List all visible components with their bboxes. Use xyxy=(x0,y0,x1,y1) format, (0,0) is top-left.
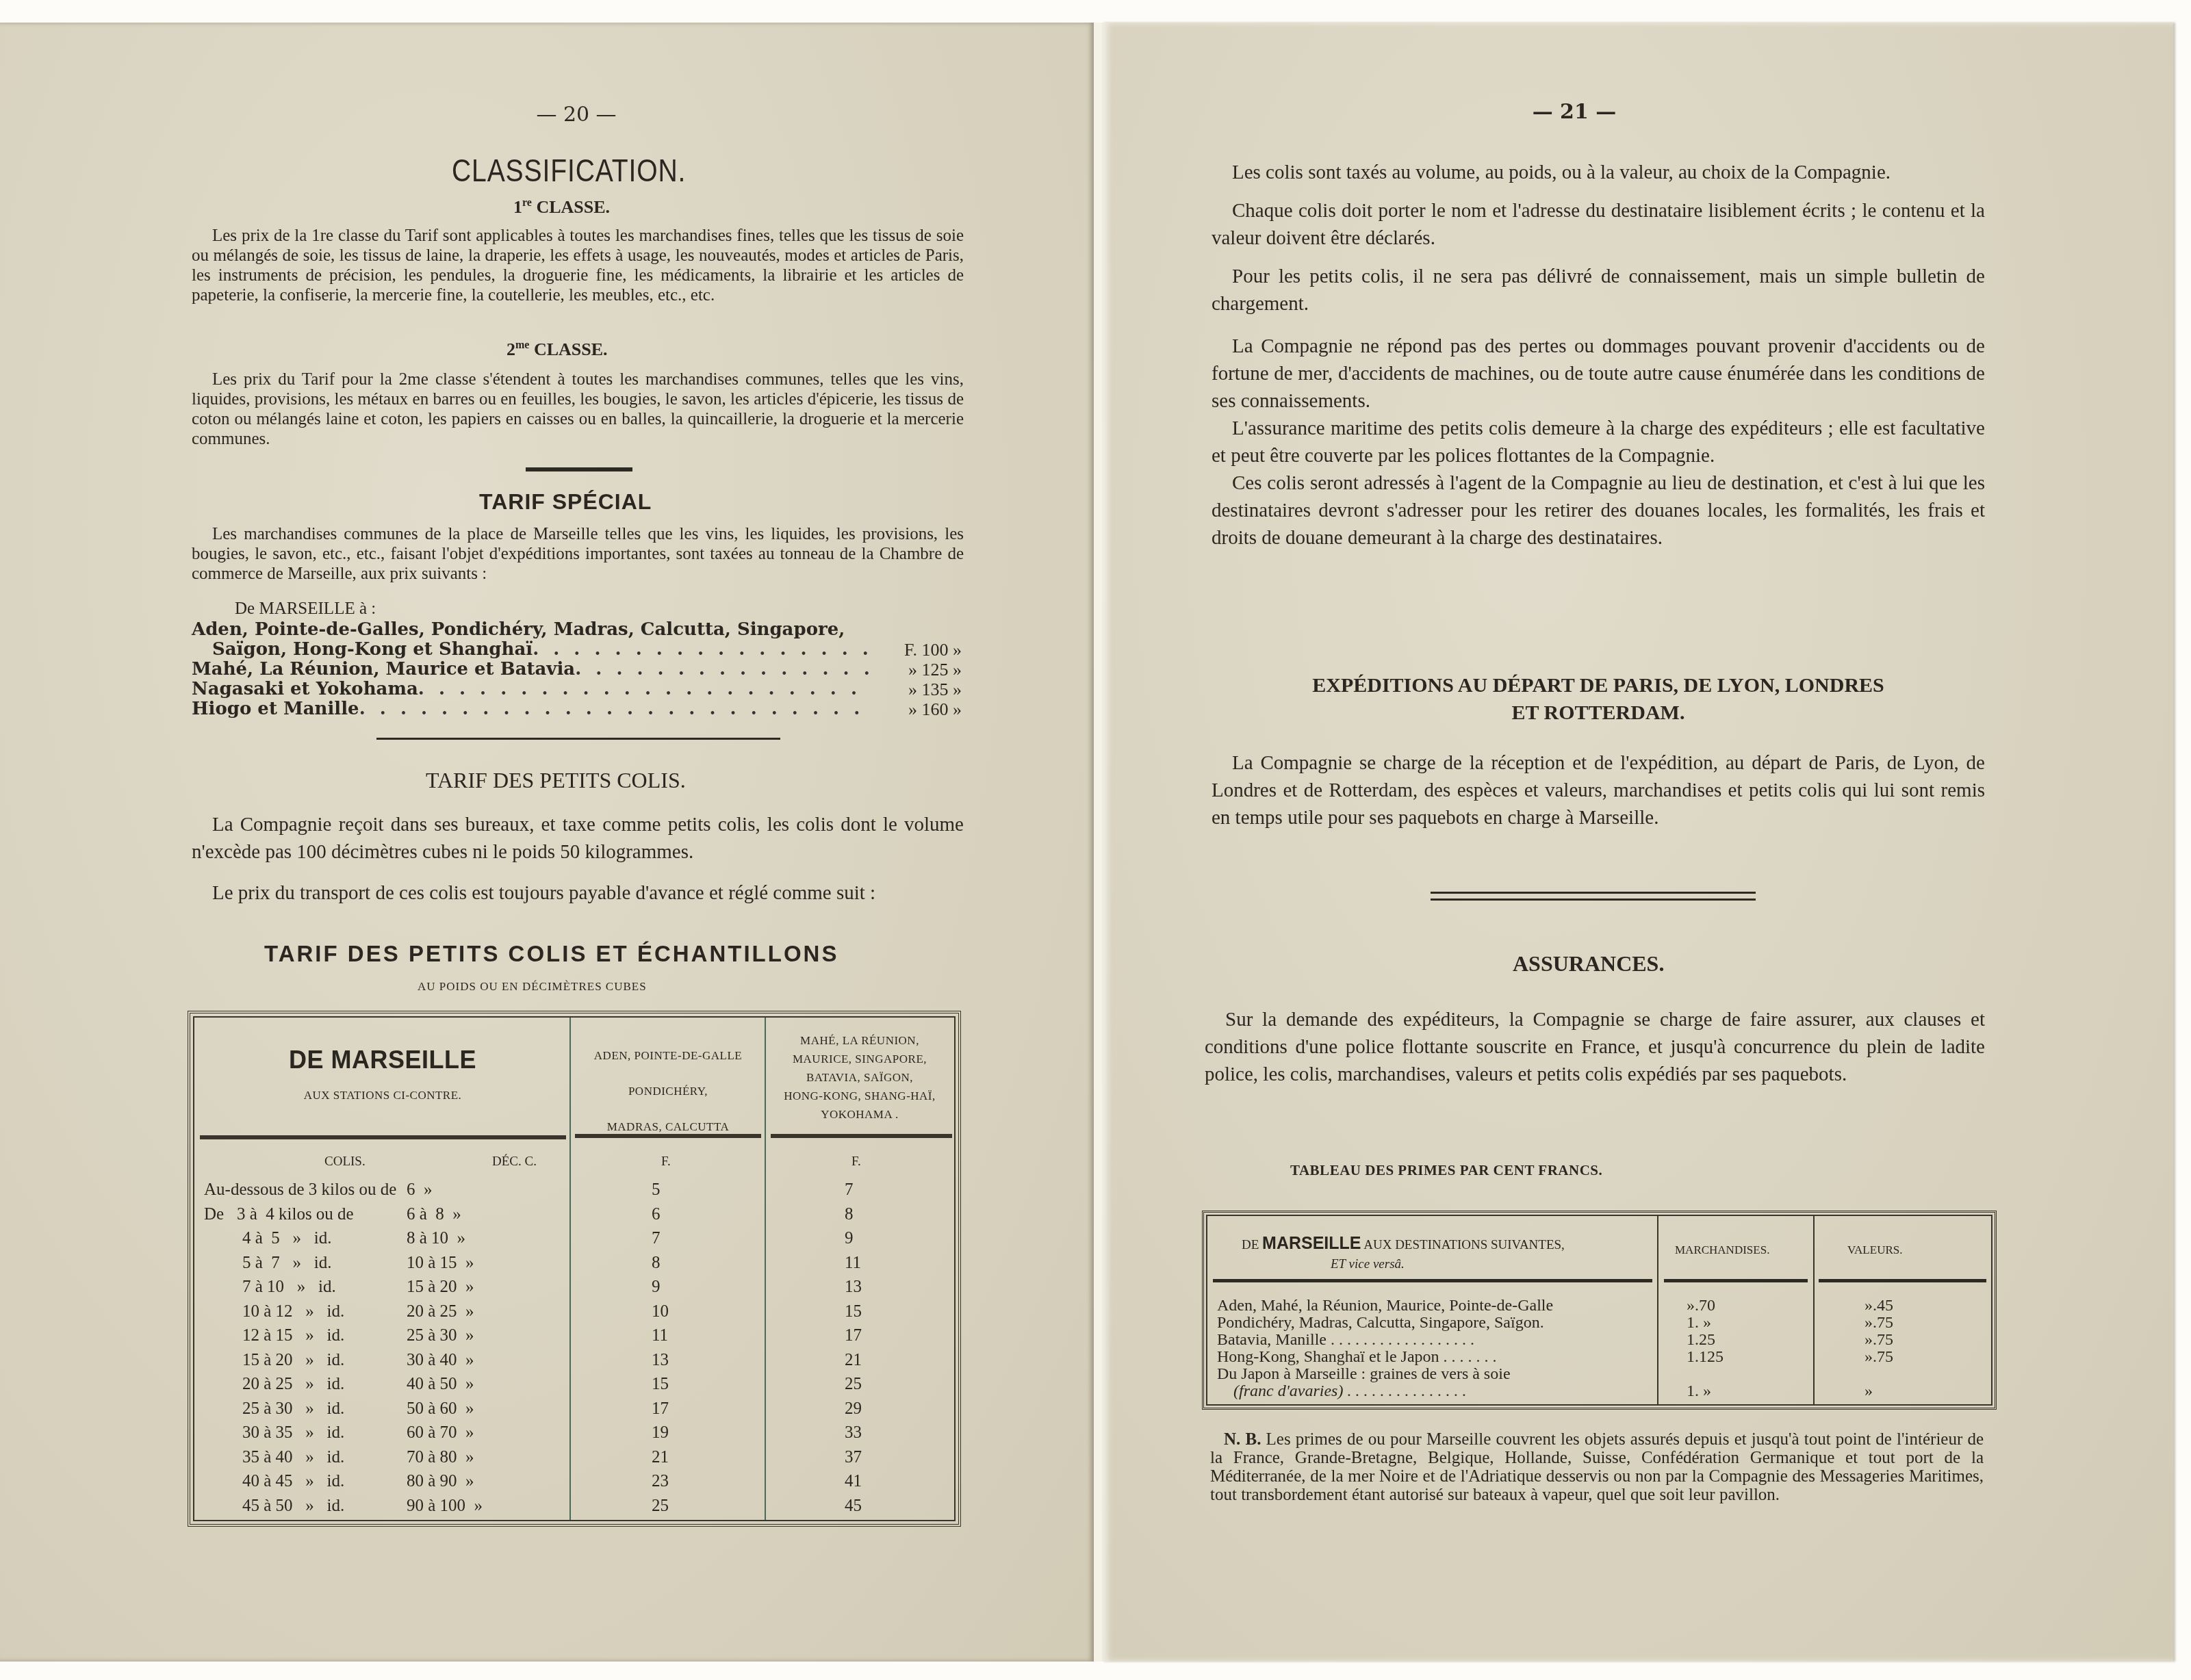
petits-colis-table: DE MARSEILLE AUX STATIONS CI-CONTRE. ADE… xyxy=(193,1016,956,1521)
primes-table-row: Aden, Mahé, la Réunion, Maurice, Pointe-… xyxy=(1207,1297,1991,1315)
petits-colis-paragraph-2: Le prix du transport de ces colis est to… xyxy=(192,879,964,907)
list-item: Nagasaki et Yokohama. . . . . . . . . . … xyxy=(192,680,962,699)
list-item: Aden, Pointe-de-Galles, Pondichéry, Madr… xyxy=(192,620,962,640)
class2-paragraph: Les prix du Tarif pour la 2me classe s'é… xyxy=(192,370,964,449)
expeditions-paragraph: La Compagnie se charge de la réception e… xyxy=(1212,749,1985,831)
expeditions-heading: EXPÉDITIONS AU DÉPART DE PARIS, DE LYON,… xyxy=(1270,672,1927,727)
table-header-de-marseille: DE MARSEILLE xyxy=(208,1045,557,1075)
class1-paragraph: Les prix de la 1re classe du Tarif sont … xyxy=(192,226,964,305)
divider xyxy=(1431,892,1756,894)
class2-heading: 2me CLASSE. xyxy=(507,339,608,360)
divider xyxy=(1431,899,1756,901)
primes-table-row: Hong-Kong, Shanghaï et le Japon . . . . … xyxy=(1207,1348,1991,1366)
assurances-heading: ASSURANCES. xyxy=(1513,951,1664,977)
primes-header-valeurs: VALEURS. xyxy=(1847,1243,1902,1257)
table-row: 40 à 45 » id.80 à 90 »2341 xyxy=(194,1472,954,1497)
page-number-left: — 20 — xyxy=(508,103,645,127)
from-marseille-label: De MARSEILLE à : xyxy=(235,599,376,619)
primes-table-row: Du Japon à Marseille : graines de vers à… xyxy=(1207,1365,1991,1383)
primes-header-destinations: DE MARSEILLE AUX DESTINATIONS SUIVANTES, xyxy=(1242,1234,1565,1254)
table-row: 7 à 10 » id.15 à 20 »913 xyxy=(194,1278,954,1302)
petits-colis-table-title: TARIF DES PETITS COLIS ET ÉCHANTILLONS xyxy=(264,941,838,967)
petits-colis-table-subtitle: AU POIDS OU EN DÉCIMÈTRES CUBES xyxy=(418,980,647,994)
primes-header-marchandises: MARCHANDISES. xyxy=(1675,1243,1769,1257)
tarif-special-list: Aden, Pointe-de-Galles, Pondichéry, Madr… xyxy=(192,620,962,719)
table-row: 10 à 12 » id.20 à 25 »1015 xyxy=(194,1302,954,1327)
table-row: 5 à 7 » id.10 à 15 »811 xyxy=(194,1254,954,1278)
table-header-col2: ADEN, POINTE-DE-GALLE PONDICHÉRY, MADRAS… xyxy=(572,1038,764,1145)
table-row: 20 à 25 » id.40 à 50 »1525 xyxy=(194,1375,954,1399)
list-item: Mahé, La Réunion, Maurice et Batavia. . … xyxy=(192,660,962,680)
table-row: 12 à 15 » id.25 à 30 »1117 xyxy=(194,1326,954,1351)
primes-table: DE MARSEILLE AUX DESTINATIONS SUIVANTES,… xyxy=(1206,1215,1993,1406)
primes-header-vice-versa: ET vice versâ. xyxy=(1331,1257,1405,1272)
table-row: Au-dessous de 3 kilos ou de6 »57 xyxy=(194,1180,954,1205)
page-number-right: — 21 — xyxy=(1506,100,1643,124)
primes-table-title: TABLEAU DES PRIMES PAR CENT FRANCS. xyxy=(1290,1162,1602,1179)
class1-heading: 1re CLASSE. xyxy=(513,197,610,218)
petits-colis-heading: TARIF DES PETITS COLIS. xyxy=(426,768,686,793)
table-header-aux-stations: AUX STATIONS CI-CONTRE. xyxy=(208,1086,557,1104)
primes-table-row: (franc d'avaries) . . . . . . . . . . . … xyxy=(1207,1382,1991,1400)
table-row: 35 à 40 » id.70 à 80 »2137 xyxy=(194,1448,954,1473)
divider xyxy=(526,467,632,471)
petits-colis-paragraph-1: La Compagnie reçoit dans ses bureaux, et… xyxy=(192,811,964,866)
table-row: 25 à 30 » id.50 à 60 »1729 xyxy=(194,1399,954,1424)
page-title: CLASSIFICATION. xyxy=(452,152,686,189)
table-row: 15 à 20 » id.30 à 40 »1321 xyxy=(194,1351,954,1375)
tarif-special-paragraph: Les marchandises communes de la place de… xyxy=(192,524,964,584)
table-subheader: COLIS. DÉC. C. F. F. xyxy=(194,1154,954,1179)
tarif-special-heading: TARIF SPÉCIAL xyxy=(479,489,652,515)
primes-table-row: Pondichéry, Madras, Calcutta, Singapore,… xyxy=(1207,1314,1991,1332)
list-item: Hiogo et Manille. . . . . . . . . . . . … xyxy=(192,699,962,719)
list-item: Saïgon, Hong-Kong et Shanghaï. . . . . .… xyxy=(192,640,962,660)
nb-label: N. B. xyxy=(1224,1430,1261,1449)
nota-bene: N. B. Les primes de ou pour Marseille co… xyxy=(1210,1430,1984,1504)
table-row: 30 à 35 » id.60 à 70 »1933 xyxy=(194,1423,954,1448)
primes-table-row: Batavia, Manille . . . . . . . . . . . .… xyxy=(1207,1331,1991,1349)
table-row: De 3 à 4 kilos ou de6 à 8 »68 xyxy=(194,1205,954,1230)
divider xyxy=(376,738,780,740)
assurances-paragraph: Sur la demande des expéditeurs, la Compa… xyxy=(1205,1006,1985,1088)
table-row: 4 à 5 » id.8 à 10 »79 xyxy=(194,1229,954,1254)
table-row: 45 à 50 » id.90 à 100 »2545 xyxy=(194,1497,954,1521)
right-paragraphs: Les colis sont taxés au volume, au poids… xyxy=(1212,159,1985,552)
table-header-col3: MAHÉ, LA RÉUNION, MAURICE, SINGAPORE, BA… xyxy=(767,1031,953,1124)
